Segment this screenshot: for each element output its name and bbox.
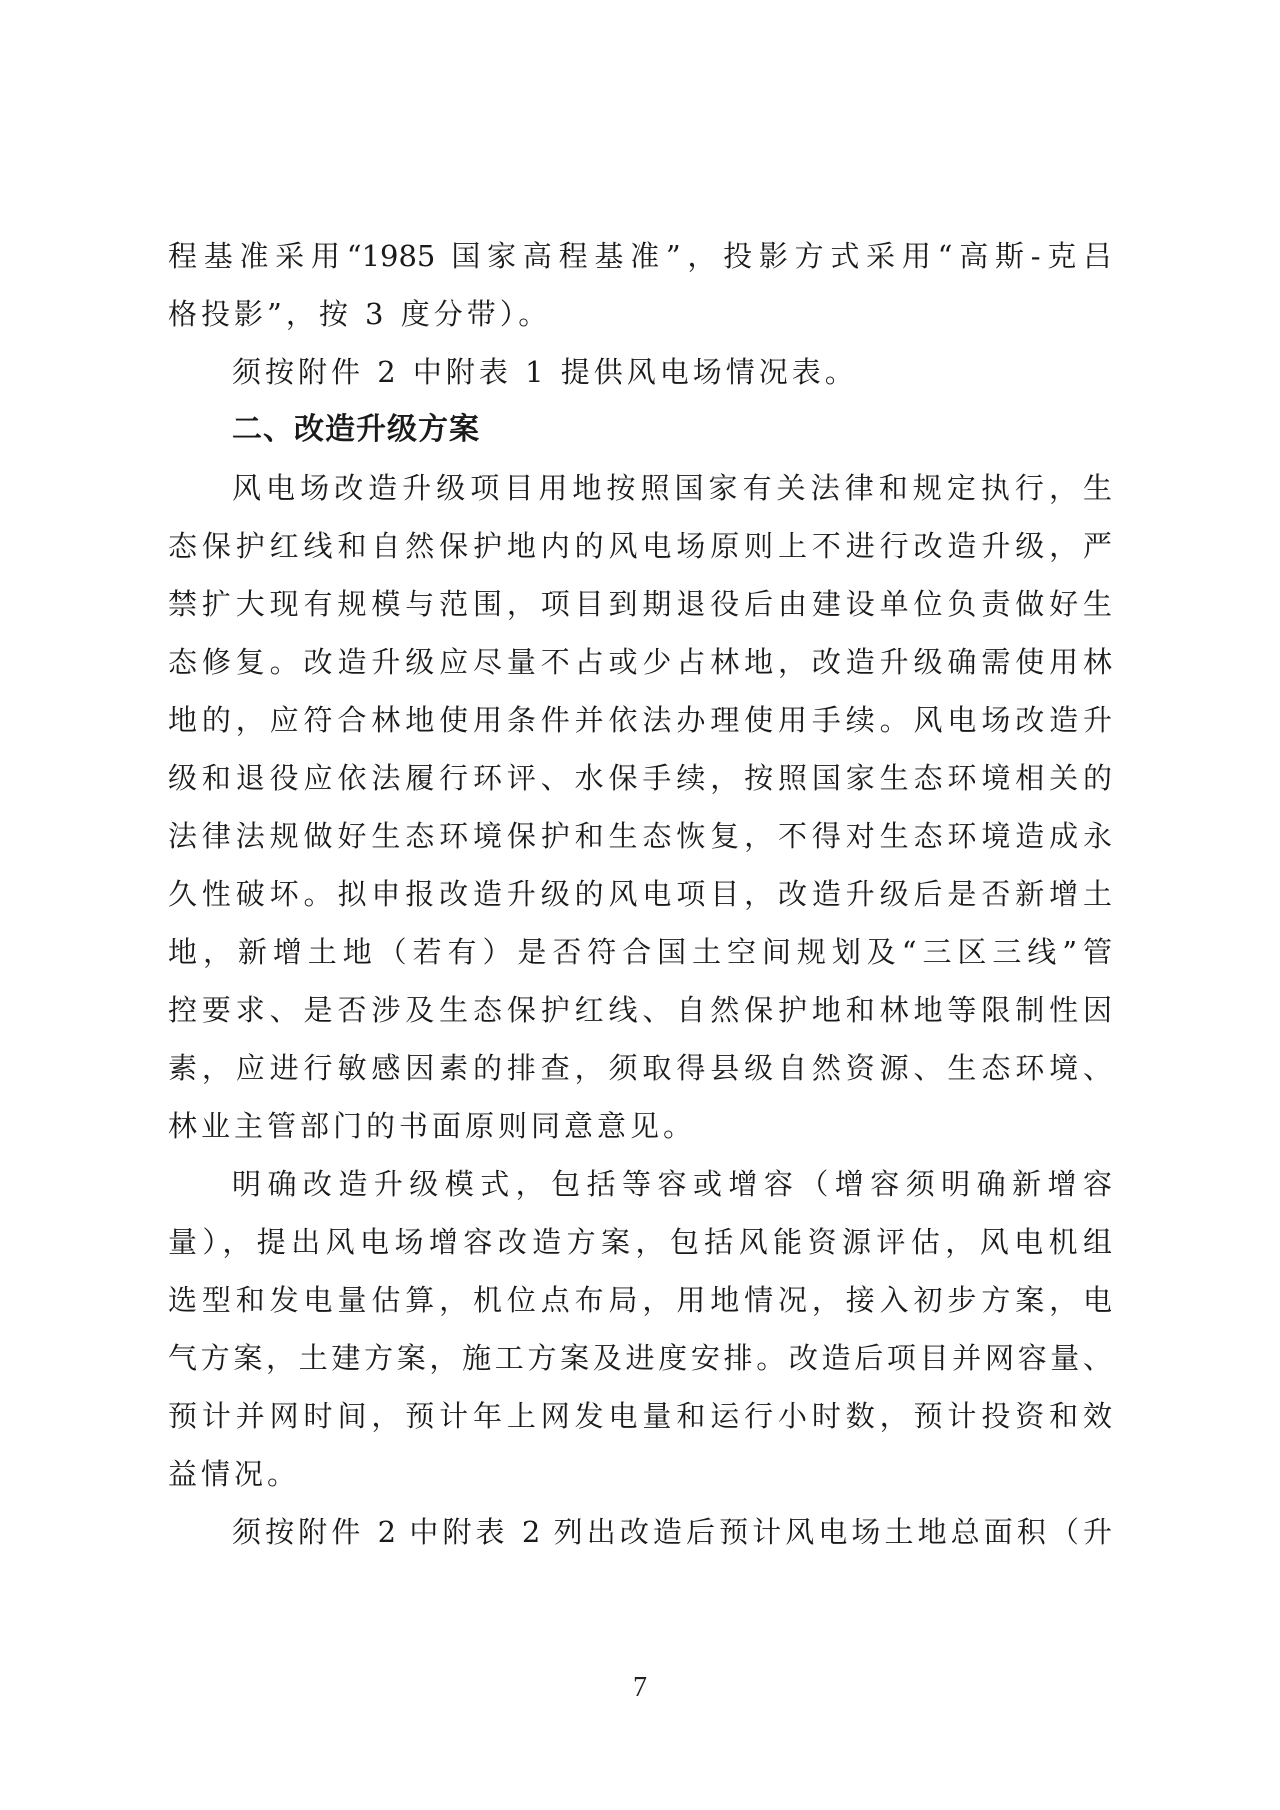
document-body: 程基准采用“1985 国家高程基准”，投影方式采用“高斯-克吕 格投影”，按 3… [168, 227, 1112, 1561]
paragraph-line: 禁扩大现有规模与范围，项目到期退役后由建设单位负责做好生 [168, 575, 1112, 633]
paragraph-line: 程基准采用“1985 国家高程基准”，投影方式采用“高斯-克吕 [168, 227, 1112, 285]
paragraph-line: 量），提出风电场增容改造方案，包括风能资源评估，风电机组 [168, 1213, 1112, 1271]
paragraph-line: 地，新增土地（若有）是否符合国土空间规划及“三区三线”管 [168, 923, 1112, 981]
paragraph-line: 气方案，土建方案，施工方案及进度安排。改造后项目并网容量、 [168, 1329, 1112, 1387]
paragraph-line: 久性破坏。拟申报改造升级的风电项目，改造升级后是否新增土 [168, 865, 1112, 923]
paragraph-line: 态保护红线和自然保护地内的风电场原则上不进行改造升级，严 [168, 517, 1112, 575]
paragraph-line: 素，应进行敏感因素的排查，须取得县级自然资源、生态环境、 [168, 1039, 1112, 1097]
paragraph-line: 格投影”，按 3 度分带）。 [168, 285, 1112, 343]
paragraph-line: 林业主管部门的书面原则同意意见。 [168, 1097, 1112, 1155]
paragraph-line: 态修复。改造升级应尽量不占或少占林地，改造升级确需使用林 [168, 633, 1112, 691]
paragraph-line: 控要求、是否涉及生态保护红线、自然保护地和林地等限制性因 [168, 981, 1112, 1039]
paragraph-line: 须按附件 2 中附表 2 列出改造后预计风电场土地总面积（升 [168, 1503, 1112, 1561]
section-heading: 二、改造升级方案 [168, 401, 1112, 459]
paragraph-line: 选型和发电量估算，机位点布局，用地情况，接入初步方案，电 [168, 1271, 1112, 1329]
document-page: 程基准采用“1985 国家高程基准”，投影方式采用“高斯-克吕 格投影”，按 3… [0, 0, 1280, 1810]
paragraph-line: 法律法规做好生态环境保护和生态恢复，不得对生态环境造成永 [168, 807, 1112, 865]
paragraph-line: 明确改造升级模式，包括等容或增容（增容须明确新增容 [168, 1155, 1112, 1213]
paragraph-line: 益情况。 [168, 1445, 1112, 1503]
paragraph-line: 须按附件 2 中附表 1 提供风电场情况表。 [168, 343, 1112, 401]
paragraph-line: 地的，应符合林地使用条件并依法办理使用手续。风电场改造升 [168, 691, 1112, 749]
page-number: 7 [0, 1672, 1280, 1704]
paragraph-line: 预计并网时间，预计年上网发电量和运行小时数，预计投资和效 [168, 1387, 1112, 1445]
paragraph-line: 级和退役应依法履行环评、水保手续，按照国家生态环境相关的 [168, 749, 1112, 807]
paragraph-line: 风电场改造升级项目用地按照国家有关法律和规定执行，生 [168, 459, 1112, 517]
